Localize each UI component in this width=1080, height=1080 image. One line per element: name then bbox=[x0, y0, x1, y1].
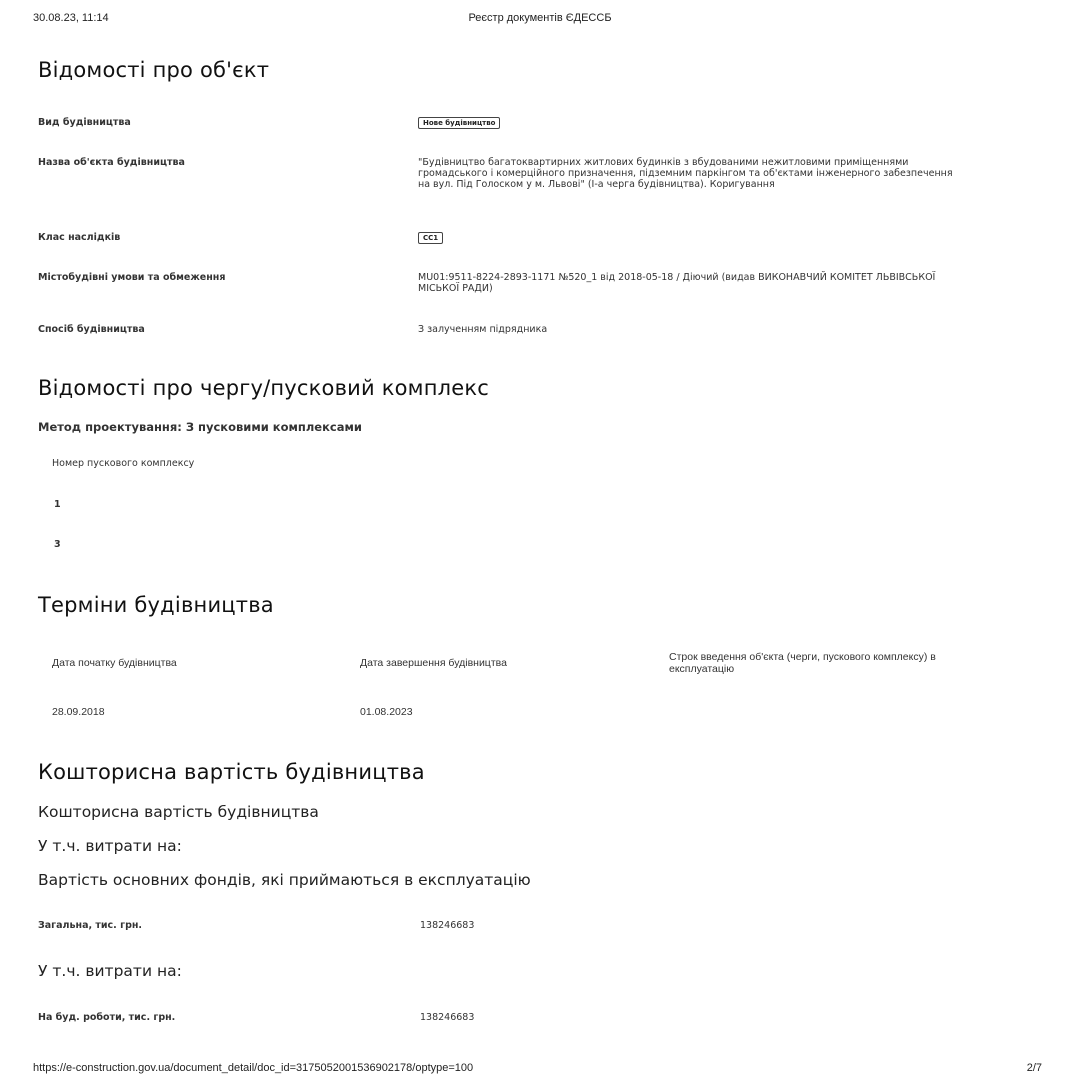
urban-conditions-value: MU01:9511-8224-2893-1171 №520_1 від 2018… bbox=[418, 272, 978, 294]
cost-subheading: Кошторисна вартість будівництва bbox=[38, 803, 319, 821]
term-label-start-date: Дата початку будівництва bbox=[52, 657, 177, 669]
field-label-construction-type: Вид будівництва bbox=[38, 117, 131, 128]
construction-method-value: З залученням підрядника bbox=[418, 324, 547, 335]
fixed-assets-label: Вартість основних фондів, які приймаютьс… bbox=[38, 871, 531, 889]
page-number: 2/7 bbox=[1027, 1062, 1042, 1074]
print-footer: https://e-construction.gov.ua/document_d… bbox=[0, 1062, 1080, 1078]
field-label-object-name: Назва об'єкта будівництва bbox=[38, 157, 185, 168]
print-page-title: Реєстр документів ЄДЕССБ bbox=[0, 12, 1080, 24]
term-label-end-date: Дата завершення будівництва bbox=[360, 657, 507, 669]
construction-type-badge: Нове будівництво bbox=[418, 117, 500, 129]
design-method: Метод проектування: З пусковими комплекс… bbox=[38, 420, 362, 434]
incl-expenses-label: У т.ч. витрати на: bbox=[38, 837, 182, 855]
object-name-value: "Будівництво багатоквартирних житлових б… bbox=[418, 157, 958, 190]
consequence-class-badge: СС1 bbox=[418, 232, 443, 244]
field-label-urban-conditions: Містобудівні умови та обмеження bbox=[38, 272, 225, 283]
section-heading-terms: Терміни будівництва bbox=[38, 593, 274, 617]
launch-complex-row: 3 bbox=[54, 539, 61, 550]
field-label-consequence-class: Клас наслідків bbox=[38, 232, 120, 243]
total-cost-label: Загальна, тис. грн. bbox=[38, 920, 142, 931]
end-date-value: 01.08.2023 bbox=[360, 706, 413, 718]
page-url: https://e-construction.gov.ua/document_d… bbox=[33, 1062, 473, 1074]
construction-works-value: 138246683 bbox=[420, 1012, 474, 1023]
incl-expenses-label-2: У т.ч. витрати на: bbox=[38, 962, 182, 980]
launch-complex-column-header: Номер пускового комплексу bbox=[52, 458, 194, 469]
construction-works-label: На буд. роботи, тис. грн. bbox=[38, 1012, 175, 1023]
section-heading-queue-info: Відомості про чергу/пусковий комплекс bbox=[38, 376, 489, 400]
field-label-construction-method: Спосіб будівництва bbox=[38, 324, 145, 335]
print-header: 30.08.23, 11:14 Реєстр документів ЄДЕССБ bbox=[0, 12, 1080, 28]
start-date-value: 28.09.2018 bbox=[52, 706, 105, 718]
launch-complex-row: 1 bbox=[54, 499, 61, 510]
section-heading-cost: Кошторисна вартість будівництва bbox=[38, 760, 425, 784]
term-label-commissioning: Строк введення об'єкта (черги, пускового… bbox=[669, 651, 989, 675]
total-cost-value: 138246683 bbox=[420, 920, 474, 931]
section-heading-object-info: Відомості про об'єкт bbox=[38, 58, 269, 82]
